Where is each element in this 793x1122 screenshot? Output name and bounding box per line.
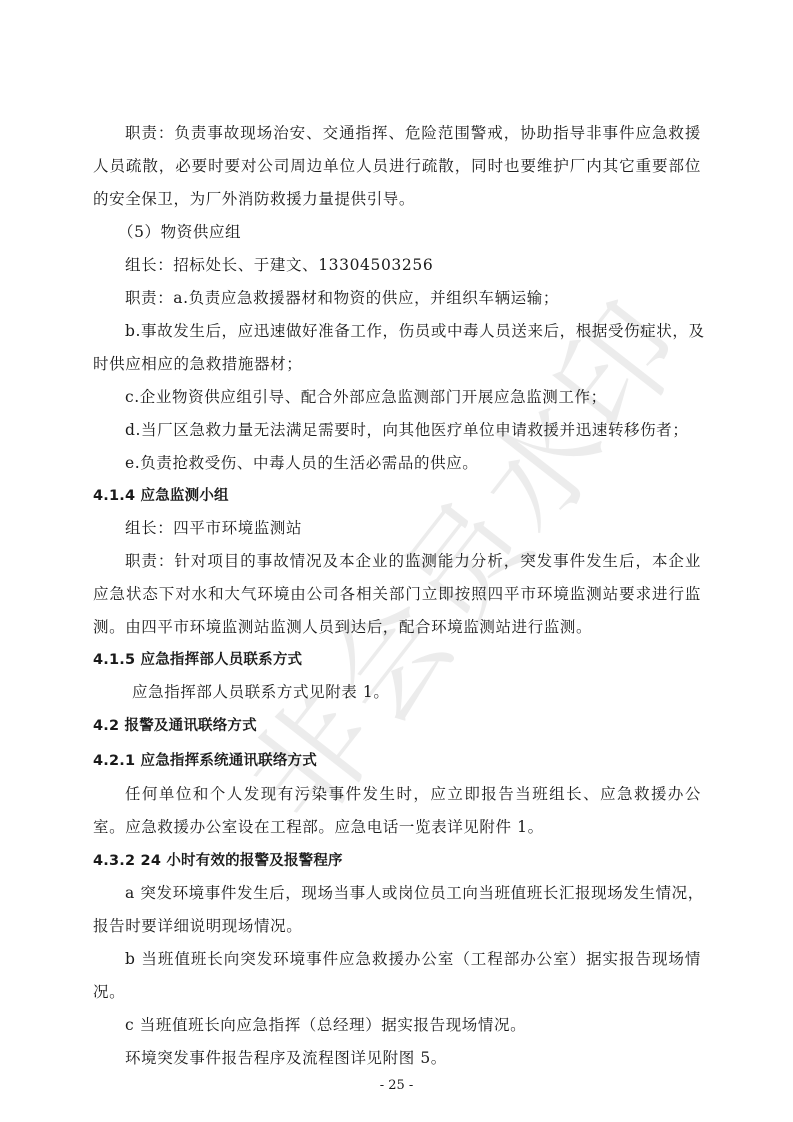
paragraph-line: 职责：针对项目的事故情况及本企业的监测能力分析，突发事件发生后，本企业 [125, 551, 701, 571]
paragraph-line: c.企业物资供应组引导、配合外部应急监测部门开展应急监测工作； [125, 387, 607, 407]
paragraph-line: b 当班值班长向突发环境事件应急救援办公室（工程部办公室）据实报告现场情 [125, 949, 701, 969]
paragraph-line: a 突发环境事件发生后，现场当事人或岗位员工向当班值班长汇报现场发生情况， [125, 883, 701, 903]
section-heading: 4.1.5 应急指挥部人员联系方式 [93, 650, 302, 670]
paragraph-line: 应急指挥部人员联系方式见附表 1。 [132, 682, 390, 702]
paragraph-line: 环境突发事件报告程序及流程图详见附图 5。 [125, 1048, 447, 1068]
paragraph-line: b.事故发生后，应迅速做好准备工作，伤员或中毒人员送来后，根据受伤症状，及 [125, 321, 701, 341]
page-number: - 25 - [0, 1078, 793, 1093]
subsection-label: （5）物资供应组 [118, 222, 241, 242]
paragraph-line: 室。应急救援办公室设在工程部。应急电话一览表详见附件 1。 [93, 817, 544, 837]
paragraph-line: 应急状态下对水和大气环境由公司各相关部门立即按照四平市环境监测站要求进行监 [93, 584, 701, 604]
paragraph-line: c 当班值班长向应急指挥（总经理）据实报告现场情况。 [125, 1015, 526, 1035]
paragraph-line: 任何单位和个人发现有污染事件发生时，应立即报告当班组长、应急救援办公 [125, 784, 701, 804]
paragraph-line: 报告时要详细说明现场情况。 [93, 916, 302, 936]
section-heading: 4.3.2 24 小时有效的报警及报警程序 [93, 851, 343, 871]
paragraph-line: d.当厂区急救力量无法满足需要时，向其他医疗单位申请救援并迅速转移伤者； [125, 420, 688, 440]
paragraph-line: 时供应相应的急救措施器材； [93, 354, 302, 374]
paragraph-line: 组长：四平市环境监测站 [125, 518, 302, 538]
paragraph-line: 测。由四平市环境监测站监测人员到达后，配合环境监测站进行监测。 [93, 617, 592, 637]
section-heading: 4.2.1 应急指挥系统通讯联络方式 [93, 751, 317, 771]
paragraph-line: 职责：a.负责应急救援器材和物资的供应，并组织车辆运输； [125, 288, 559, 308]
paragraph-line: 组长：招标处长、于建文、13304503256 [125, 255, 433, 275]
paragraph-line: 职责：负责事故现场治安、交通指挥、危险范围警戒，协助指导非事件应急救援 [125, 123, 701, 143]
paragraph-line: 人员疏散，必要时要对公司周边单位人员进行疏散，同时也要维护厂内其它重要部位 [93, 156, 701, 176]
paragraph-line: 况。 [93, 982, 125, 1002]
document-page: 非会员水印 职责：负责事故现场治安、交通指挥、危险范围警戒，协助指导非事件应急救… [0, 0, 793, 1122]
paragraph-line: 的安全保卫，为厂外消防救援力量提供引导。 [93, 189, 415, 209]
paragraph-line: e.负责抢救受伤、中毒人员的生活必需品的供应。 [125, 453, 478, 473]
section-heading: 4.1.4 应急监测小组 [93, 486, 229, 506]
section-heading: 4.2 报警及通讯联络方式 [93, 716, 257, 736]
